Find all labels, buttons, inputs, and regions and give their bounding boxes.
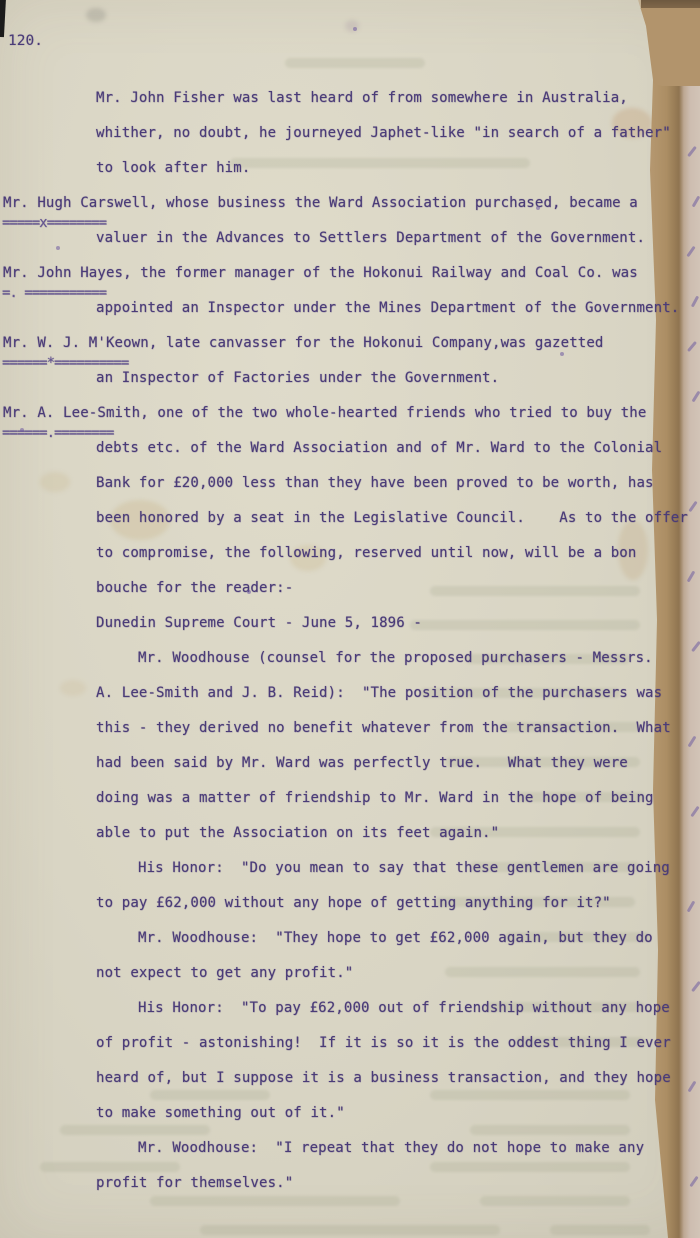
document-line: His Honor: "To pay £62,000 out of friend…	[138, 1000, 670, 1016]
ink-speck	[560, 352, 564, 356]
document-line: Dunedin Supreme Court - June 5, 1896 -	[96, 615, 422, 631]
ink-speck	[56, 246, 60, 250]
document-line: Bank for £20,000 less than they have bee…	[96, 475, 654, 491]
document-line: whither, no doubt, he journeyed Japhet-l…	[96, 125, 671, 141]
document-line: Mr. Hugh Carswell, whose business the Wa…	[3, 195, 638, 211]
document-line: to pay £62,000 without any hope of getti…	[96, 895, 611, 911]
typed-underline: =. ===========	[2, 285, 106, 301]
document-line: heard of, but I suppose it is a business…	[96, 1070, 671, 1086]
document-line: Mr. Woodhouse (counsel for the proposed …	[138, 650, 653, 666]
document-line: Mr. Woodhouse: "I repeat that they do no…	[138, 1140, 644, 1156]
document-line: debts etc. of the Ward Association and o…	[96, 440, 662, 456]
document-line: bouche for the reader:-	[96, 580, 293, 596]
ink-speck	[20, 428, 24, 432]
document-line: not expect to get any profit."	[96, 965, 353, 981]
document-line: Mr. John Fisher was last heard of from s…	[96, 90, 628, 106]
scanned-page-background: 120. Mr. John Fisher was last heard of f…	[0, 0, 700, 1238]
typed-underline: ======.========	[2, 425, 113, 441]
document-line: been honored by a seat in the Legislativ…	[96, 510, 688, 526]
document-line: this - they derived no benefit whatever …	[96, 720, 671, 736]
document-line: His Honor: "Do you mean to say that thes…	[138, 860, 670, 876]
document-line: Mr. W. J. M'Keown, late canvasser for th…	[3, 335, 604, 351]
document-line: able to put the Association on its feet …	[96, 825, 499, 841]
document-line: of profit - astonishing! If it is so it …	[96, 1035, 671, 1051]
document-line: Mr. Woodhouse: "They hope to get £62,000…	[138, 930, 653, 946]
document-line: A. Lee-Smith and J. B. Reid): "The posit…	[96, 685, 662, 701]
document-line: to compromise, the following, reserved u…	[96, 545, 636, 561]
typed-underline: =====x========	[2, 215, 106, 231]
document-line: to look after him.	[96, 160, 250, 176]
ink-speck	[247, 590, 251, 594]
typed-underline: ======*==========	[2, 355, 128, 371]
document-line: profit for themselves."	[96, 1175, 293, 1191]
document-line: doing was a matter of friendship to Mr. …	[96, 790, 654, 806]
document-line: valuer in the Advances to Settlers Depar…	[96, 230, 645, 246]
ink-speck	[536, 206, 540, 210]
document-line: had been said by Mr. Ward was perfectly …	[96, 755, 628, 771]
document-line: appointed an Inspector under the Mines D…	[96, 300, 679, 316]
document-line: to make something out of it."	[96, 1105, 345, 1121]
ink-speck	[353, 27, 357, 31]
document-body-text: Mr. John Fisher was last heard of from s…	[0, 0, 700, 1238]
document-line: Mr. John Hayes, the former manager of th…	[3, 265, 638, 281]
document-line: Mr. A. Lee-Smith, one of the two whole-h…	[3, 405, 646, 421]
document-line: an Inspector of Factories under the Gove…	[96, 370, 499, 386]
